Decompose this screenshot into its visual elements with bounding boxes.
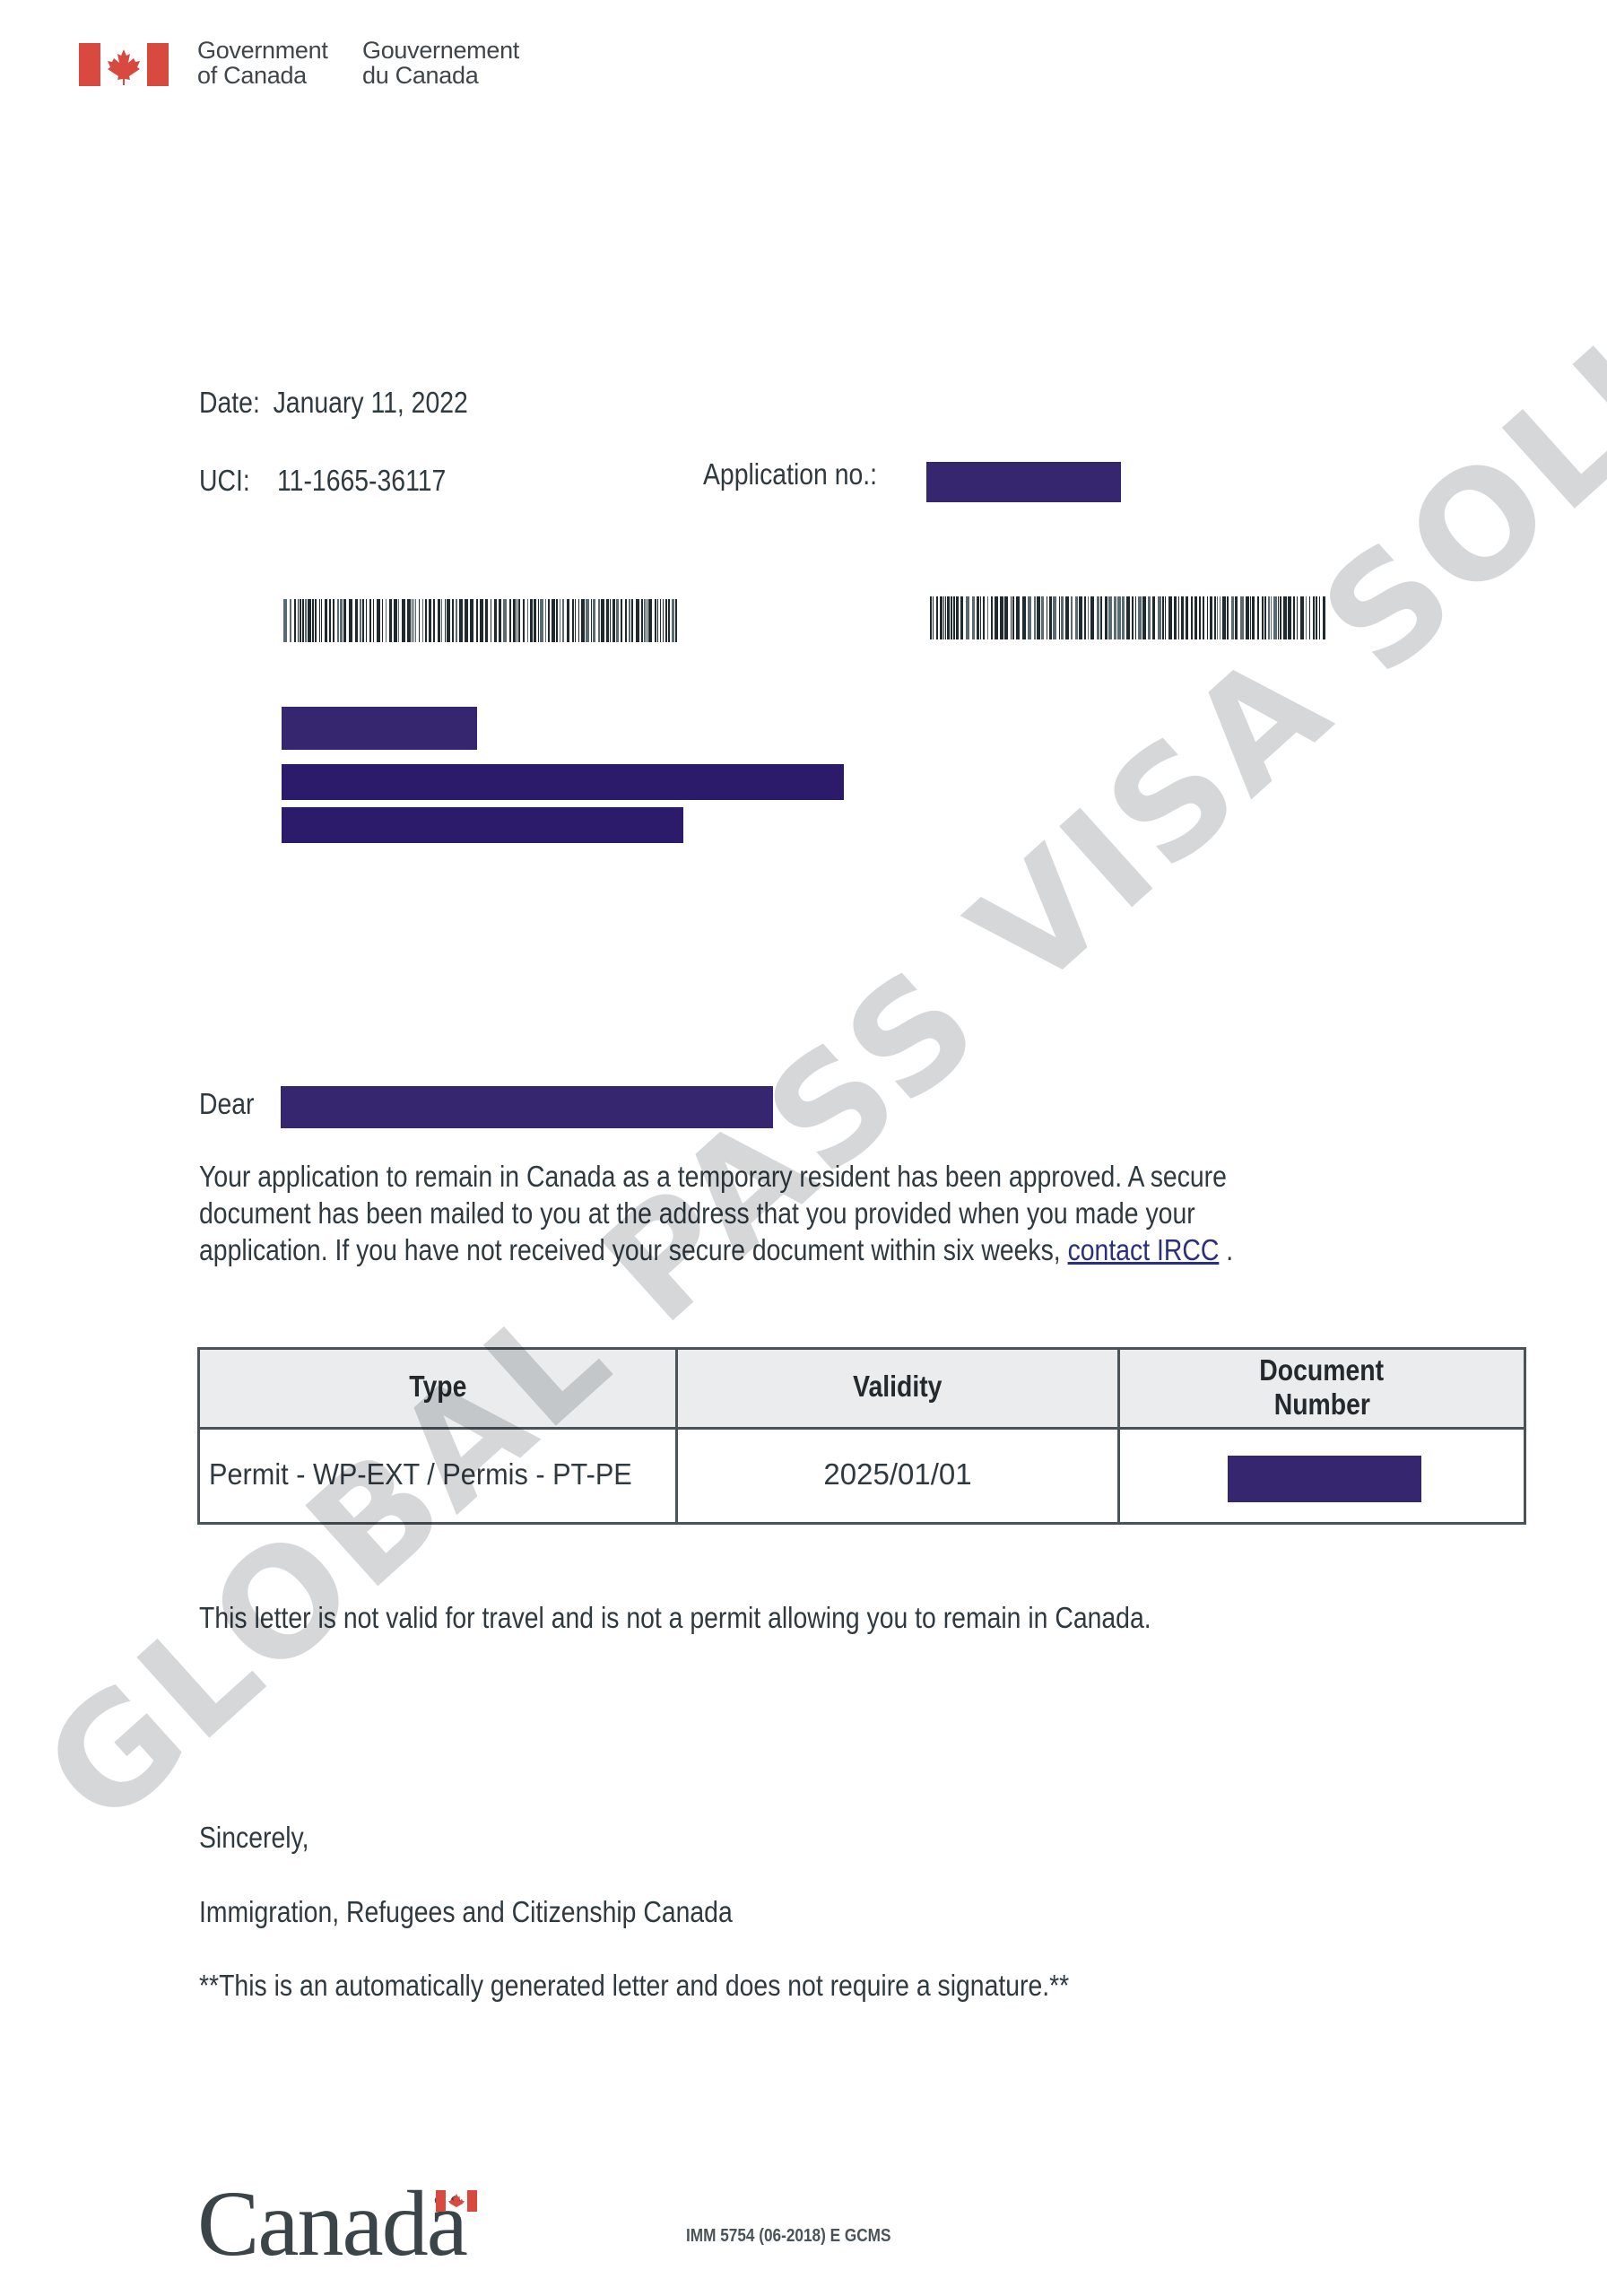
barcode-right <box>930 596 1325 639</box>
uci-label: UCI: <box>199 464 250 497</box>
uci-value: 11-1665-36117 <box>277 464 446 497</box>
uci-row: UCI: 11-1665-36117 <box>199 464 486 498</box>
closing-department: Immigration, Refugees and Citizenship Ca… <box>199 1895 820 1929</box>
travel-validity-notice: This letter is not valid for travel and … <box>199 1601 1306 1635</box>
address-line2-redaction <box>282 807 683 843</box>
permit-table: Type Validity Document Number Permit - W… <box>197 1347 1526 1525</box>
date-value: January 11, 2022 <box>274 386 468 419</box>
header-validity: Validity <box>678 1370 1117 1404</box>
header-document-number: Document Number <box>1120 1353 1524 1422</box>
org-fr-line1: Gouvernement <box>362 38 519 63</box>
header-type: Type <box>200 1370 675 1404</box>
canada-wordmark: Canadä <box>197 2179 466 2269</box>
watermark: GLOBAL PASS VISA SOLUTIONS <box>13 410 1594 1859</box>
date-label: Date: <box>199 386 260 419</box>
application-number-label: Application no.: <box>703 457 906 491</box>
gouvernement-du-canada-label: Gouvernement du Canada <box>362 38 519 88</box>
application-number-redaction <box>926 462 1121 502</box>
body-line3-text: application. If you have not received yo… <box>199 1233 1061 1266</box>
table-row-type: Permit - WP-EXT / Permis - PT-PE <box>209 1457 673 1492</box>
body-paragraph-line2: document has been mailed to you at the a… <box>199 1196 1357 1231</box>
org-en-line2: of Canada <box>197 63 328 88</box>
body-line3-end: . <box>1219 1233 1233 1266</box>
government-of-canada-label: Government of Canada <box>197 38 328 88</box>
wordmark-flag-icon <box>436 2190 477 2212</box>
body-paragraph-line1: Your application to remain in Canada as … <box>199 1160 1394 1194</box>
address-line1-redaction <box>282 764 844 800</box>
recipient-name-redaction <box>282 707 477 750</box>
auto-generated-note: **This is an automatically generated let… <box>199 1969 1211 2003</box>
org-fr-line2: du Canada <box>362 63 519 88</box>
body-paragraph-line3: application. If you have not received yo… <box>199 1233 1402 1267</box>
barcode-left <box>283 599 680 642</box>
salutation-label: Dear <box>199 1087 264 1121</box>
salutation-name-redaction <box>281 1086 773 1128</box>
contact-ircc-link[interactable]: contact IRCC <box>1068 1233 1220 1266</box>
closing-sincerely: Sincerely, <box>199 1821 326 1855</box>
table-row-validity: 2025/01/01 <box>678 1457 1117 1492</box>
canada-flag-icon <box>79 43 169 86</box>
form-code: IMM 5754 (06-2018) E GCMS <box>686 2226 925 2247</box>
date-row: Date: January 11, 2022 <box>199 386 512 420</box>
org-en-line1: Government <box>197 38 328 63</box>
document-number-redaction <box>1228 1456 1421 1502</box>
